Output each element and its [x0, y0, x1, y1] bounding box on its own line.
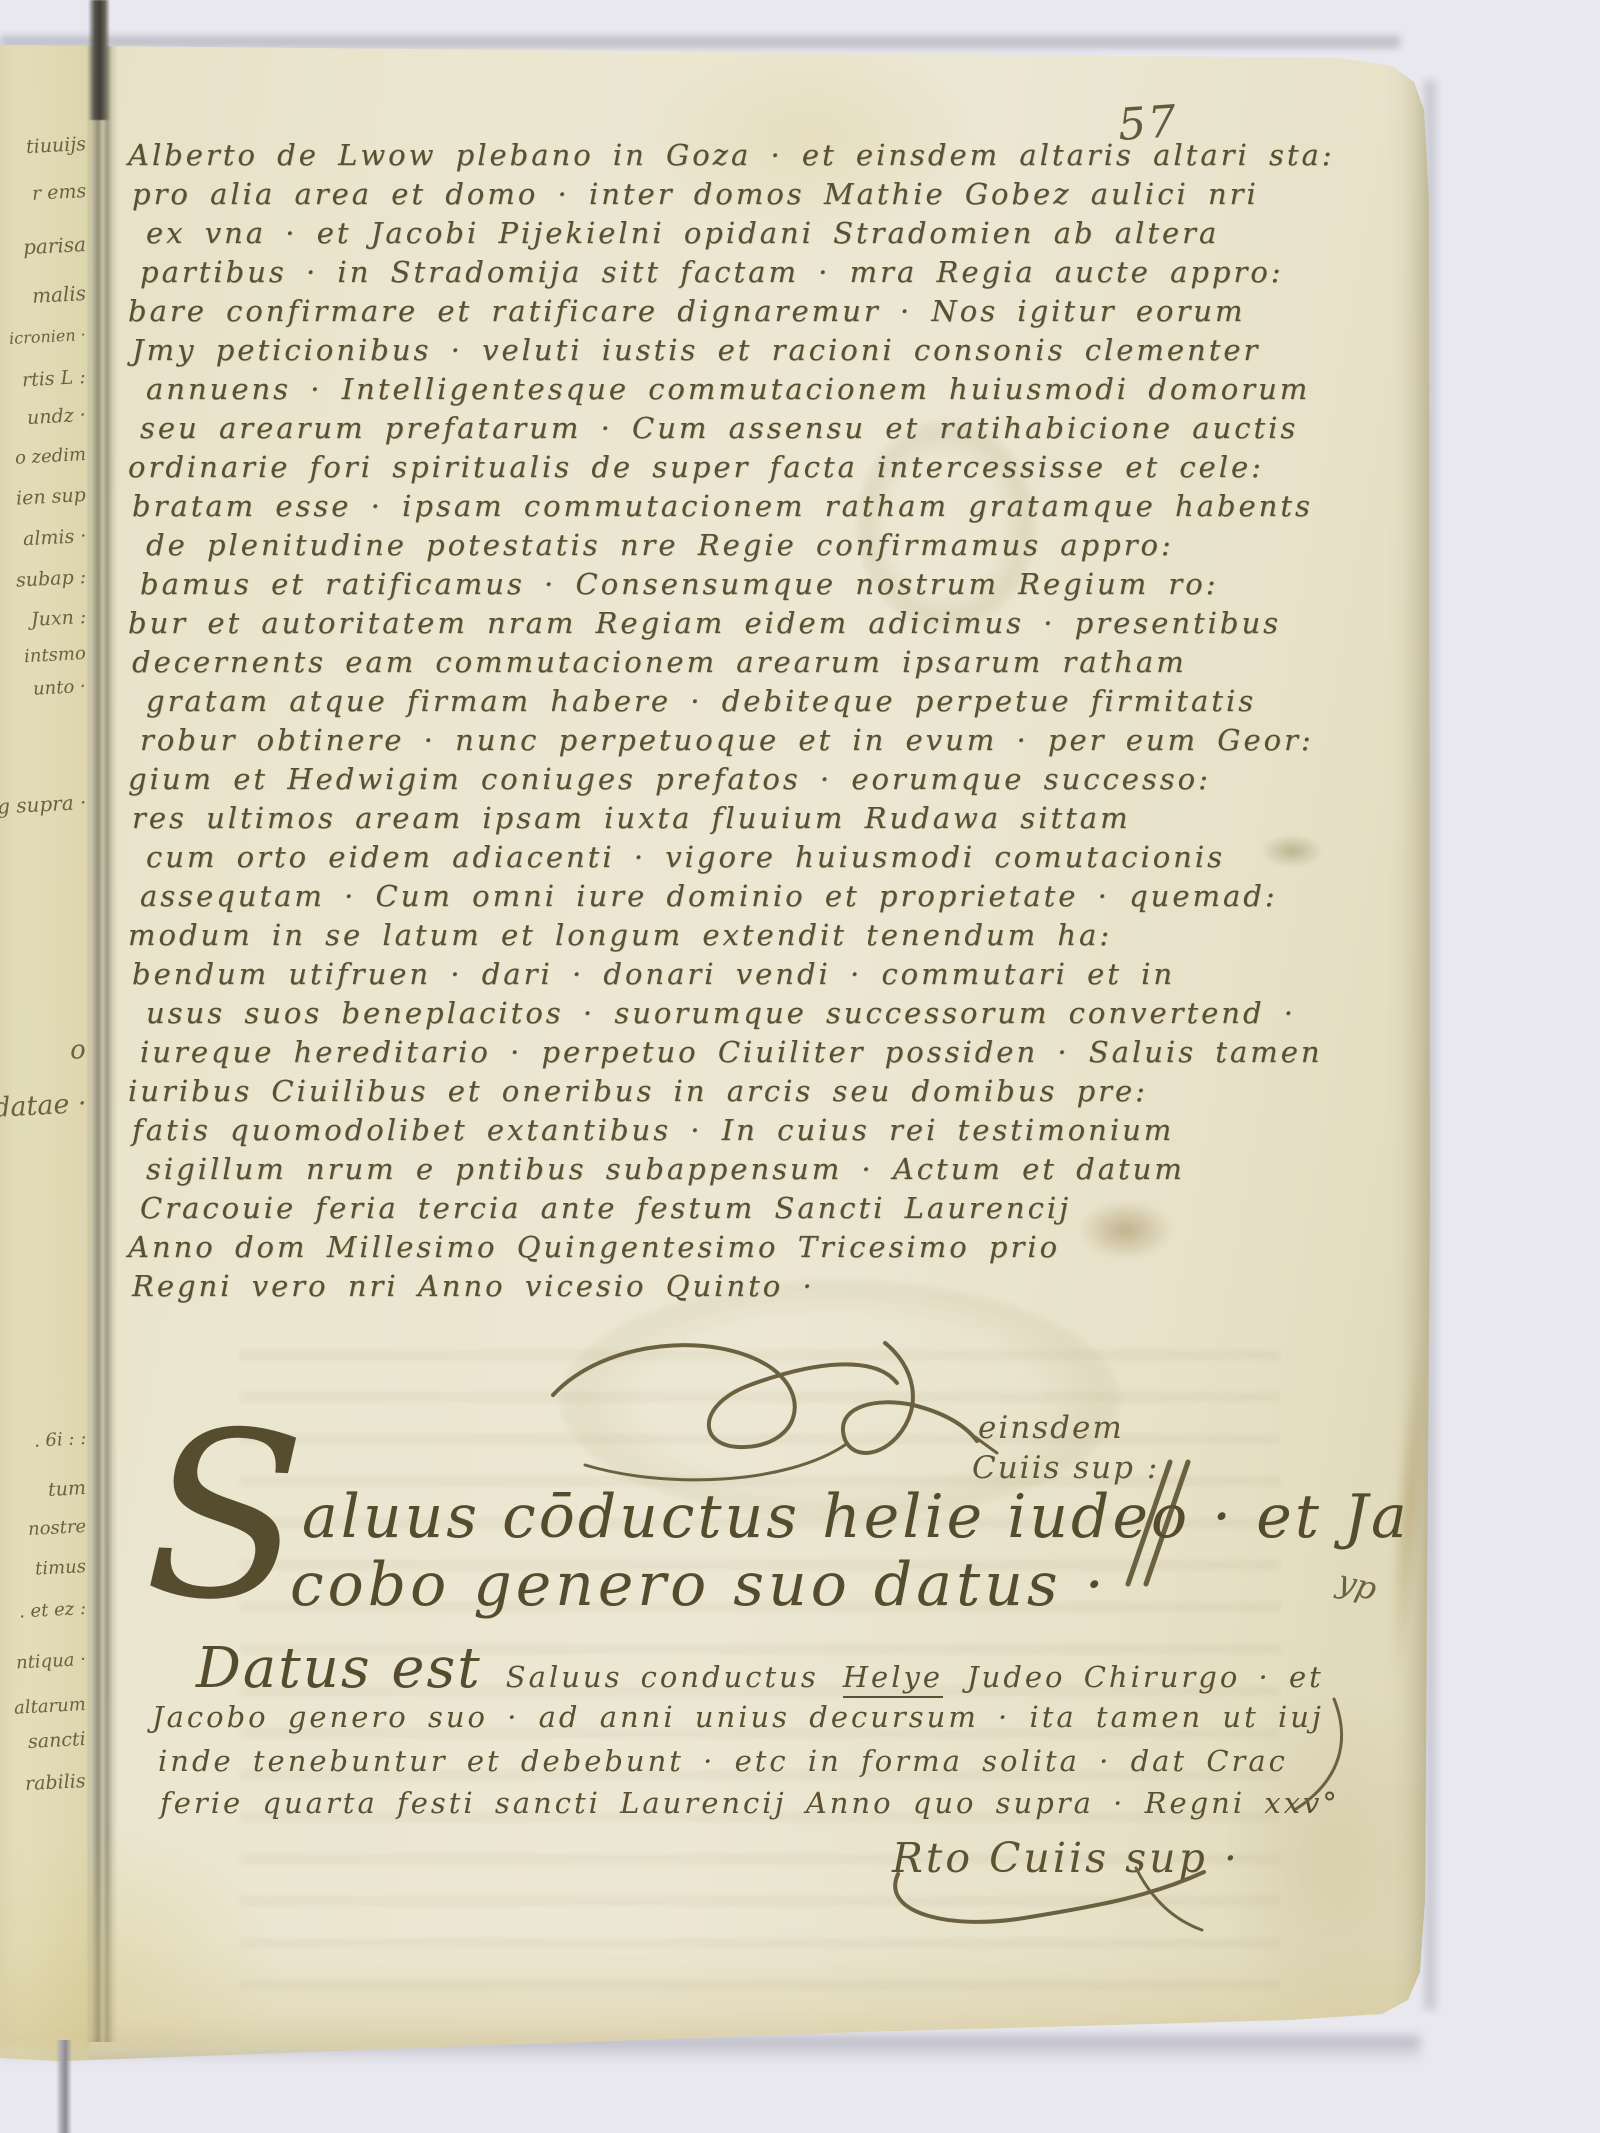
text-line: sigillum nrum e pntibus subappensum · Ac…: [146, 1150, 1288, 1189]
text-line: assequtam · Cum omni iure dominio et pro…: [140, 877, 1288, 916]
text-line: bendum utifruen · dari · donari vendi · …: [132, 955, 1288, 994]
main-text-block: Alberto de Lwow plebano in Goza · et ein…: [128, 136, 1288, 1306]
margin-fragment: tum: [48, 1477, 87, 1501]
margin-fragment: nostre: [27, 1516, 86, 1540]
registration-note-word: einsdem: [978, 1410, 1124, 1446]
entry-incipit: Datus est: [196, 1636, 482, 1701]
margin-fragment: tiuuijs: [26, 133, 87, 158]
margin-fragment: datae ·: [0, 1088, 87, 1124]
text-line: usus suos beneplacitos · suorumque succe…: [146, 994, 1288, 1033]
text-line: ordinarie fori spiritualis de super fact…: [128, 448, 1288, 487]
margin-fragment: ntiqua ·: [16, 1649, 87, 1674]
margin-fragment: rtis L :: [22, 366, 87, 391]
text-line: modum in se latum et longum extendit ten…: [128, 916, 1288, 955]
text-line: decernents eam commutacionem arearum ips…: [132, 643, 1288, 682]
previous-page-strip: tiuuijs r ems parisa malis icronien · rt…: [0, 0, 90, 2066]
entry-text-line: ferie quarta festi sancti Laurencij Anno…: [160, 1786, 1340, 1820]
text-line: pro alia area et domo · inter domos Math…: [132, 175, 1288, 214]
margin-fragment: undz ·: [27, 404, 87, 429]
text-line: Cracouie feria tercia ante festum Sancti…: [140, 1189, 1288, 1228]
entry-first-line: Datus est Saluus conductus Helye Judeo C…: [196, 1636, 1324, 1701]
text-line: robur obtinere · nunc perpetuoque et in …: [140, 721, 1288, 760]
text-line: Alberto de Lwow plebano in Goza · et ein…: [128, 136, 1288, 175]
entry-text-line: inde tenebuntur et debebunt · etc in for…: [158, 1744, 1288, 1778]
margin-fragment: unto ·: [33, 676, 87, 700]
text-line: Regni vero nri Anno vicesio Quinto ·: [132, 1267, 1288, 1306]
text-line: fatis quomodolibet extantibus · In cuius…: [132, 1111, 1288, 1150]
entry-text: Judeo Chirurgo · et: [967, 1660, 1324, 1694]
entry-heading-line1: aluus cōductus helie iudeo · et Ja :: [302, 1482, 1455, 1552]
margin-fragment: sancti: [28, 1728, 87, 1753]
binding-rod-top: [88, 0, 110, 120]
margin-fragment: malis: [31, 281, 86, 308]
binding-rod-bottom: [56, 2040, 72, 2133]
entry-text: Saluus conductus: [506, 1660, 819, 1694]
text-line: gium et Hedwigim coniuges prefatos · eor…: [128, 760, 1288, 799]
margin-fragment: ien sup: [16, 484, 87, 510]
margin-fragment: . et ez :: [19, 1598, 87, 1622]
registrar-signature: Rto Cuiis sup ·: [892, 1834, 1240, 1882]
entry-heading-line2: cobo genero suo datus ·: [290, 1550, 1108, 1620]
text-line: iureque hereditario · perpetuo Ciuiliter…: [140, 1033, 1288, 1072]
text-line: bratam esse · ipsam commutacionem ratham…: [132, 487, 1288, 526]
margin-fragment: rabilis: [25, 1770, 87, 1795]
margin-fragment: parisa: [23, 232, 87, 259]
margin-fragment: intsmo: [24, 643, 87, 667]
margin-fragment: icronien ·: [9, 325, 87, 348]
text-line: iuribus Ciuilibus et oneribus in arcis s…: [128, 1072, 1288, 1111]
margin-fragment: altarum: [14, 1694, 87, 1719]
entry-text-line: Jacobo genero suo · ad anni unius decurs…: [152, 1700, 1324, 1734]
page-top-shadow: [0, 36, 1400, 48]
text-line: bur et autoritatem nram Regiam eidem adi…: [128, 604, 1288, 643]
margin-fragment: . 6i : :: [33, 1428, 86, 1452]
gutter-fold: [86, 40, 118, 2042]
text-line: seu arearum prefatarum · Cum assensu et …: [140, 409, 1288, 448]
book-page: tiuuijs r ems parisa malis icronien · rt…: [0, 0, 1432, 2066]
text-line: cum orto eidem adiacenti · vigore huiusm…: [146, 838, 1288, 877]
text-line: bamus et ratificamus · Consensumque nost…: [140, 565, 1288, 604]
text-line: bare confirmare et ratificare dignaremur…: [128, 292, 1288, 331]
text-line: de plenitudine potestatis nre Regie conf…: [146, 526, 1288, 565]
margin-fragment: timus: [35, 1556, 87, 1580]
margin-fragment: Juxn :: [30, 606, 86, 631]
text-line: Anno dom Millesimo Quingentesimo Tricesi…: [128, 1228, 1288, 1267]
entry-underlined-name: Helye: [843, 1660, 943, 1698]
margin-fragment: g supra ·: [0, 790, 87, 819]
text-line: annuens · Intelligentesque commutacionem…: [146, 370, 1288, 409]
margin-fragment: almis ·: [22, 525, 86, 550]
margin-fragment: r ems: [31, 180, 86, 205]
text-line: res ultimos aream ipsam iuxta fluuium Ru…: [132, 799, 1288, 838]
heading-initial-letter: S: [143, 1415, 307, 1620]
text-line: partibus · in Stradomija sitt factam · m…: [140, 253, 1288, 292]
text-line: Jmy peticionibus · veluti iustis et raci…: [132, 331, 1288, 370]
margin-fragment: o: [70, 1035, 87, 1066]
margin-fragment: o zedim: [15, 444, 87, 469]
stain: [0, 1946, 1430, 2046]
margin-fragment: subap :: [15, 566, 86, 592]
registration-note-word: Cuiis sup :: [972, 1450, 1159, 1486]
marginal-mark: yp: [1334, 1562, 1381, 1608]
text-line: ex vna · et Jacobi Pijekielni opidani St…: [146, 214, 1288, 253]
manuscript-scan: tiuuijs r ems parisa malis icronien · rt…: [0, 0, 1600, 2133]
text-line: gratam atque firmam habere · debiteque p…: [146, 682, 1288, 721]
